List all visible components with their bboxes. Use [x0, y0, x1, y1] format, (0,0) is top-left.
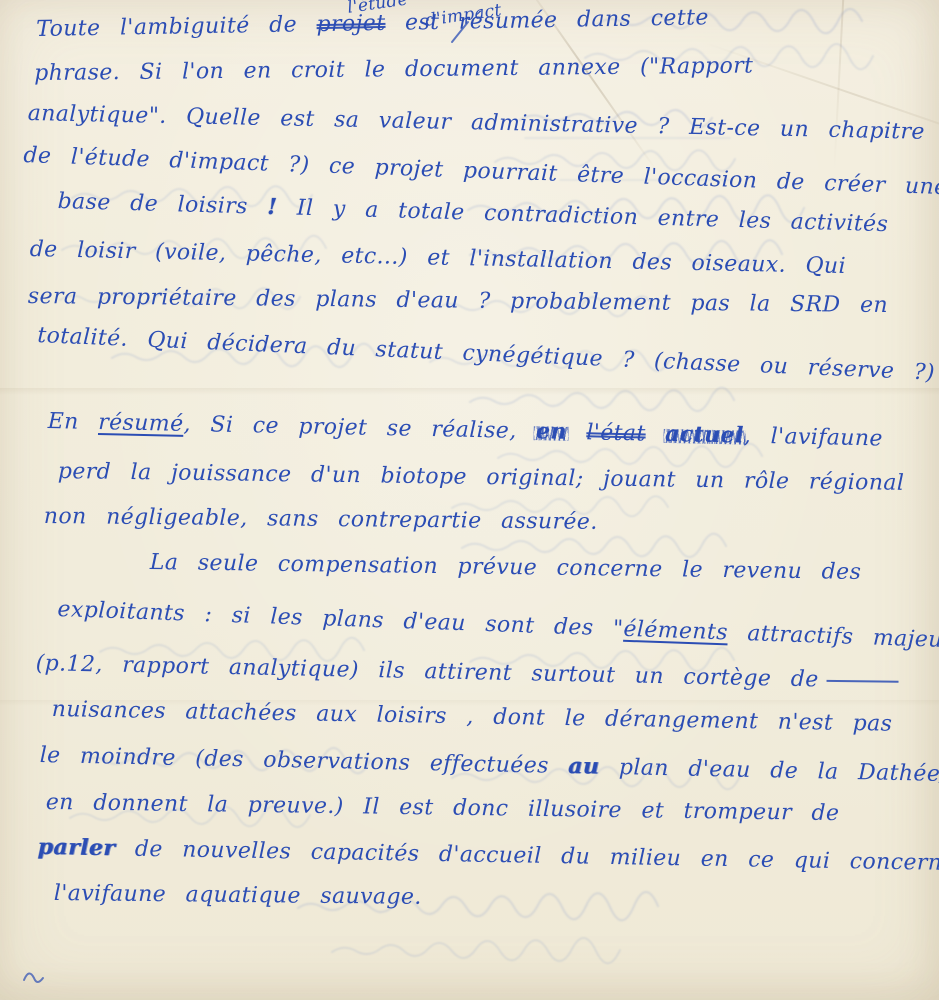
text-segment: analytique". Quelle est sa valeur admini… — [27, 101, 925, 145]
text-segment: non négligeable, sans contrepartie assur… — [44, 504, 598, 535]
handwritten-line: analytique". Quelle est sa valeur admini… — [27, 100, 925, 146]
overwritten-word: au — [568, 753, 600, 780]
handwritten-line: totalité. Qui décidera du statut cynégét… — [37, 322, 936, 387]
text-segment: sera propriétaire des plans d'eau ? prob… — [28, 284, 888, 318]
scribbled-word: actuel — [665, 421, 744, 450]
text-segment: est résumée dans cette — [385, 5, 709, 36]
text-segment: plan d'eau de la Dathée/14 Vire — [599, 755, 939, 789]
text-segment: de loisir (voile, pêche, etc...) et l'in… — [29, 237, 846, 279]
handwritten-line: base de loisirs ! Il y a totale contradi… — [57, 188, 888, 239]
handwritten-line: parler de nouvelles capacités d'accueil … — [38, 834, 939, 878]
struck-word: projet — [316, 11, 385, 37]
handwritten-line: sera propriétaire des plans d'eau ? prob… — [28, 283, 888, 320]
text-segment: en donnent la preuve.) Il est donc illus… — [46, 790, 840, 826]
text-segment: attractifs majeurs" — [727, 620, 939, 654]
text-segment: le moindre (des observations effectuées — [39, 743, 568, 779]
text-segment: Il y a totale contradiction entre les ac… — [277, 195, 889, 237]
text-segment: perd la jouissance d'un biotope original… — [58, 459, 905, 496]
handwritten-line: Toute l'ambiguité de projet est résumée … — [36, 4, 709, 43]
handwritten-line: non négligeable, sans contrepartie assur… — [44, 503, 598, 536]
handwritten-line: La seule compensation prévue concerne le… — [150, 549, 862, 586]
handwritten-line: En résumé, Si ce projet se réalise, en l… — [47, 408, 883, 453]
handwritten-line: nuisances attachées aux loisirs , dont l… — [52, 696, 893, 738]
text-segment: exploitants : si les plans d'eau sont de… — [57, 597, 624, 642]
text-segment: En — [47, 409, 98, 435]
text-segment: base de loisirs — [57, 189, 267, 220]
text-segment — [567, 420, 587, 445]
text-segment: de nouvelles capacités d'accueil du mili… — [115, 836, 939, 876]
struck-word: l'état — [586, 420, 646, 446]
paper-crease — [0, 388, 939, 395]
text-segment: l'avifaune aquatique sauvage. — [54, 881, 422, 910]
text-segment: totalité. Qui décidera du statut cynégét… — [37, 323, 936, 386]
text-segment: (p.12, rapport analytique) ils attirent … — [35, 651, 818, 692]
text-segment: , Si ce projet se réalise, — [183, 412, 536, 444]
handwritten-line: de loisir (voile, pêche, etc...) et l'in… — [29, 236, 846, 281]
underlined-word: résumé — [98, 410, 184, 437]
handwritten-line: (p.12, rapport analytique) ils attirent … — [35, 650, 898, 696]
text-segment: Toute l'ambiguité de — [36, 12, 317, 42]
text-segment: , l'avifaune — [743, 424, 883, 452]
handwritten-line: perd la jouissance d'un biotope original… — [58, 458, 905, 497]
text-segment: La seule compensation prévue concerne le… — [150, 550, 862, 585]
letter-page: l'étude d'impact Toute l'ambiguité de pr… — [0, 0, 939, 1000]
text-segment: phrase. Si l'on en croit le document ann… — [34, 53, 753, 86]
overwritten-word: parler — [38, 834, 116, 861]
handwritten-line: en donnent la preuve.) Il est donc illus… — [46, 789, 840, 828]
underlined-word: éléments — [623, 617, 728, 646]
handwritten-line: exploitants : si les plans d'eau sont de… — [57, 596, 939, 656]
handwritten-line: le moindre (des observations effectuées … — [39, 742, 939, 791]
text-segment: nuisances attachées aux loisirs , dont l… — [52, 697, 893, 737]
pen-stroke-extender — [827, 680, 899, 683]
scribbled-word: en — [536, 418, 567, 446]
handwritten-line: l'avifaune aquatique sauvage. — [54, 880, 422, 911]
handwritten-line: phrase. Si l'on en croit le document ann… — [34, 52, 753, 87]
